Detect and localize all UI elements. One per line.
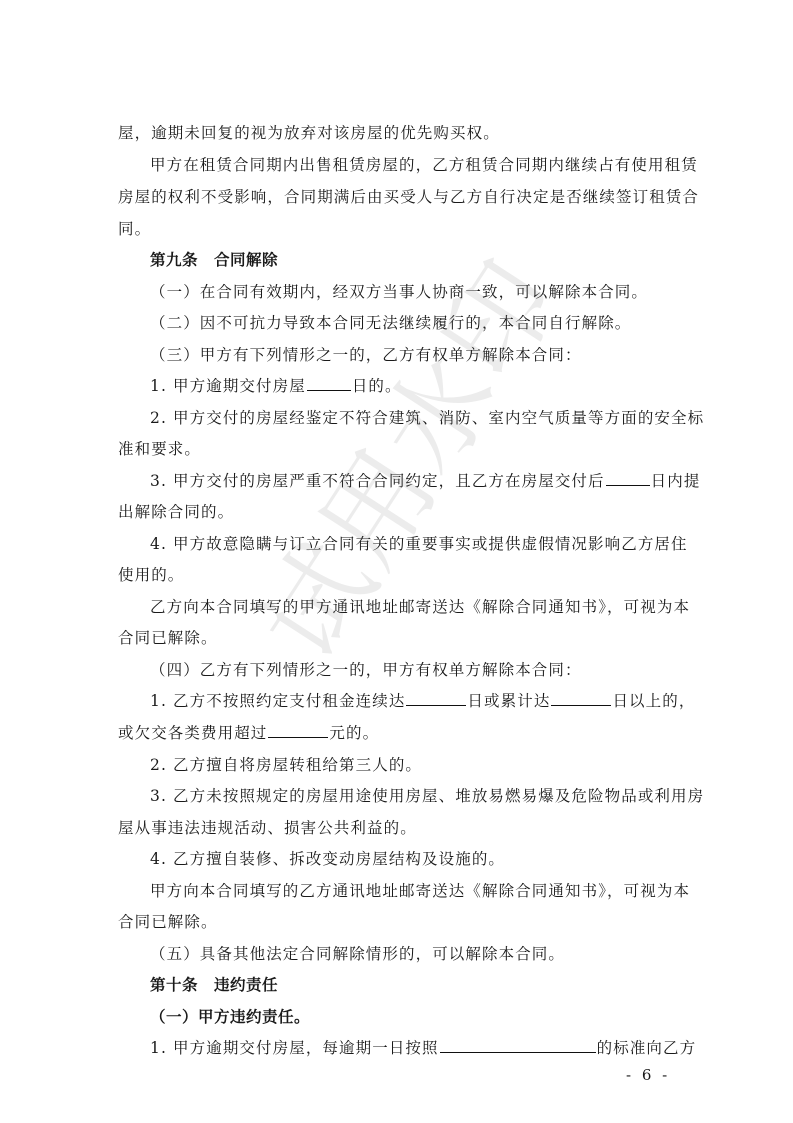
clause-text: 日的。 [352, 377, 402, 395]
fill-blank[interactable] [551, 691, 611, 706]
clause-item: 2. 乙方擅自将房屋转租给第三人的。 [150, 755, 422, 775]
paragraph-line: 屋，逾期未回复的视为放弃对该房屋的优先购买权。 [118, 123, 500, 143]
clause: （二）因不可抗力导致本合同无法继续履行的，本合同自行解除。 [150, 313, 631, 333]
clause-text: 日或累计达 [467, 692, 550, 710]
clause-item: 乙方向本合同填写的甲方通讯地址邮寄送达《解除合同通知书》，可视为本 [150, 597, 690, 617]
clause-text: 元的。 [329, 724, 379, 742]
clause-text: 日以上的， [612, 692, 695, 710]
article-10-heading: 第十条 违约责任 [150, 975, 278, 995]
clause-item: 1. 甲方逾期交付房屋，每逾期一日按照的标准向乙方 [150, 1038, 696, 1058]
clause-item: 1. 乙方不按照约定支付租金连续达日或累计达日以上的， [150, 691, 695, 711]
document-page: 屋，逾期未回复的视为放弃对该房屋的优先购买权。 甲方在租赁合同期内出售租赁房屋的… [0, 0, 793, 1123]
fill-blank[interactable] [307, 376, 351, 391]
clause-item: 使用的。 [118, 565, 184, 585]
clause-item: 甲方向本合同填写的乙方通讯地址邮寄送达《解除合同通知书》，可视为本 [150, 881, 690, 901]
clause-text: 或欠交各类费用超过 [118, 724, 267, 742]
clause-item: 准和要求。 [118, 439, 201, 459]
paragraph-line: 同。 [118, 219, 151, 239]
clause-item: 合同已解除。 [118, 912, 218, 932]
clause-item: 合同已解除。 [118, 628, 218, 648]
clause-text: 1. 甲方逾期交付房屋 [150, 377, 306, 395]
clause-item: 3. 甲方交付的房屋严重不符合合同约定，且乙方在房屋交付后日内提 [150, 471, 700, 491]
paragraph-line: 甲方在租赁合同期内出售租赁房屋的，乙方租赁合同期内继续占有使用租赁 [150, 155, 698, 175]
clause-item: 或欠交各类费用超过元的。 [118, 723, 379, 743]
clause-item: 4. 甲方故意隐瞒与订立合同有关的重要事实或提供虚假情况影响乙方居住 [150, 534, 688, 554]
fill-blank[interactable] [406, 691, 466, 706]
clause-item: 2. 甲方交付的房屋经鉴定不符合建筑、消防、室内空气质量等方面的安全标 [150, 408, 704, 428]
clause-item: 屋从事违法违规活动、损害公共利益的。 [118, 818, 417, 838]
clause-item: 1. 甲方逾期交付房屋日的。 [150, 376, 402, 396]
paragraph-line: 房屋的权利不受影响，合同期满后由买受人与乙方自行决定是否继续签订租赁合 [118, 187, 699, 207]
article-9-heading: 第九条 合同解除 [150, 250, 278, 270]
clause-text: 3. 甲方交付的房屋严重不符合合同约定，且乙方在房屋交付后 [150, 472, 605, 490]
fill-blank[interactable] [268, 723, 328, 738]
clause: （一）在合同有效期内，经双方当事人协商一致，可以解除本合同。 [150, 282, 648, 302]
fill-blank[interactable] [606, 471, 650, 486]
clause: （四）乙方有下列情形之一的，甲方有权单方解除本合同： [150, 660, 582, 680]
clause-item: 4. 乙方擅自装修、拆改变动房屋结构及设施的。 [150, 849, 505, 869]
page-number: - 6 - [626, 1066, 670, 1084]
clause-text: 的标准向乙方 [597, 1039, 697, 1057]
clause-text: 日内提 [651, 472, 701, 490]
sub-heading: （一）甲方违约责任。 [150, 1007, 310, 1027]
clause-item: 出解除合同的。 [118, 502, 234, 522]
clause-text: 1. 甲方逾期交付房屋，每逾期一日按照 [150, 1039, 439, 1057]
fill-blank[interactable] [440, 1038, 596, 1053]
clause: （三）甲方有下列情形之一的，乙方有权单方解除本合同： [150, 345, 582, 365]
clause-text: 1. 乙方不按照约定支付租金连续达 [150, 692, 405, 710]
clause-item: 3. 乙方未按照规定的房屋用途使用房屋、堆放易燃易爆及危险物品或利用房 [150, 786, 704, 806]
clause: （五）具备其他法定合同解除情形的，可以解除本合同。 [150, 944, 565, 964]
